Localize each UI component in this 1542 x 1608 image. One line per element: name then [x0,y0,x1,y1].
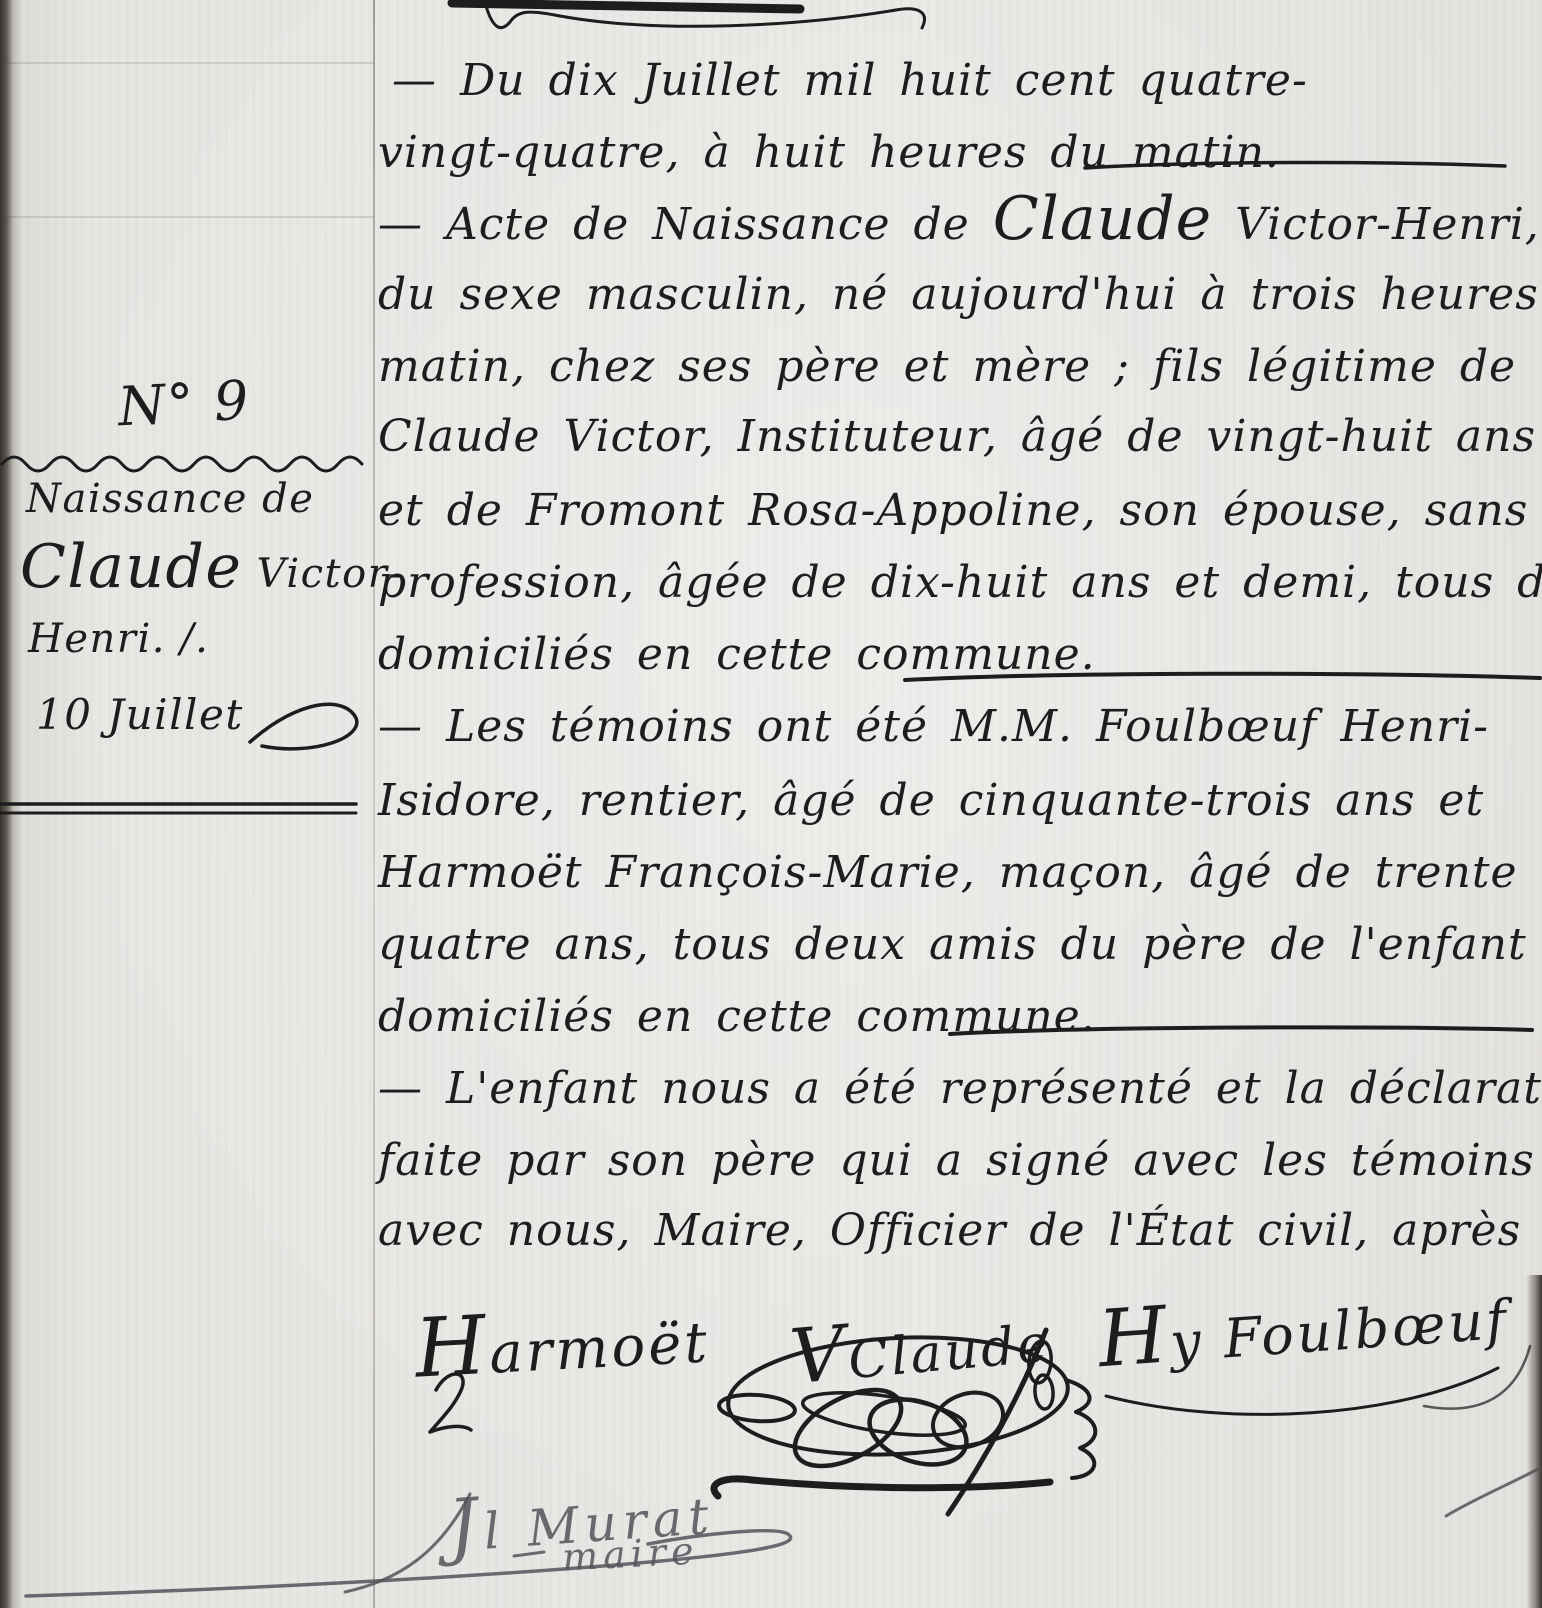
acte-child-firstname: Claude [993,184,1212,254]
signature-mayor-title: maire [561,1528,700,1579]
margin-double-rule [0,804,356,813]
body-line-15: — L'enfant nous a été représenté et la d… [378,1060,1542,1118]
margin-squiggle-line [2,457,362,471]
margin-column-rule [373,0,375,1608]
body-line-5: matin, chez ses père et mère ; fils légi… [378,338,1516,396]
acte-child-middlenames: Victor-Henri, [1235,199,1540,250]
body-line-8: profession, âgée de dix-huit ans et demi… [378,554,1542,612]
signature-foulboeuf: Hy Foulbœuf [1095,1266,1511,1385]
document-page: N° 9 Naissance de Claude Victor- Henri. … [0,0,1542,1608]
margin-entry-title-line2: Claude Victor- [20,532,403,602]
body-line-10: — Les témoins ont été M.M. Foulbœuf Henr… [378,698,1489,756]
body-line-1: — Du dix Juillet mil huit cent quatre- [378,52,1308,110]
body-line-6: Claude Victor, Instituteur, âgé de vingt… [378,408,1536,466]
margin-child-firstname: Claude [20,532,242,602]
body-line-16: faite par son père qui a signé avec les … [378,1132,1542,1190]
body-line-3: — Acte de Naissance de Claude Victor-Hen… [378,190,1540,254]
body-line-2: vingt-quatre, à huit heures du matin. [378,124,1280,182]
body-line-7: et de Fromont Rosa-Appoline, son épouse,… [378,482,1528,540]
margin-ruled-line [0,216,373,218]
margin-ruled-line [0,62,373,64]
body-line-17: avec nous, Maire, Officier de l'État civ… [378,1202,1542,1260]
signature-harmoet: Harmoët [413,1287,712,1396]
page-gutter-shadow [0,0,22,1608]
signature-claude: VClaude [787,1291,1054,1401]
body-line-9: domiciliés en cette commune. [378,626,1096,684]
body-line-14: domiciliés en cette commune. [378,988,1096,1046]
page-edge-shadow [1526,1275,1542,1608]
margin-act-number: N° 9 [116,369,251,439]
body-line-11: Isidore, rentier, âgé de cinquante-trois… [378,772,1484,830]
margin-entry-title-line1: Naissance de [26,476,314,522]
margin-entry-title-line3: Henri. /. [28,616,209,662]
acte-title-prefix: — Acte de Naissance de [378,199,970,250]
margin-date-flourish [250,704,357,749]
body-line-4: du sexe masculin, né aujourd'hui à trois… [378,266,1542,324]
top-flourish [452,3,924,28]
body-line-13: quatre ans, tous deux amis du père de l'… [378,916,1542,974]
body-line-12: Harmoët François-Marie, maçon, âgé de tr… [378,844,1518,902]
margin-entry-date: 10 Juillet [36,690,244,739]
